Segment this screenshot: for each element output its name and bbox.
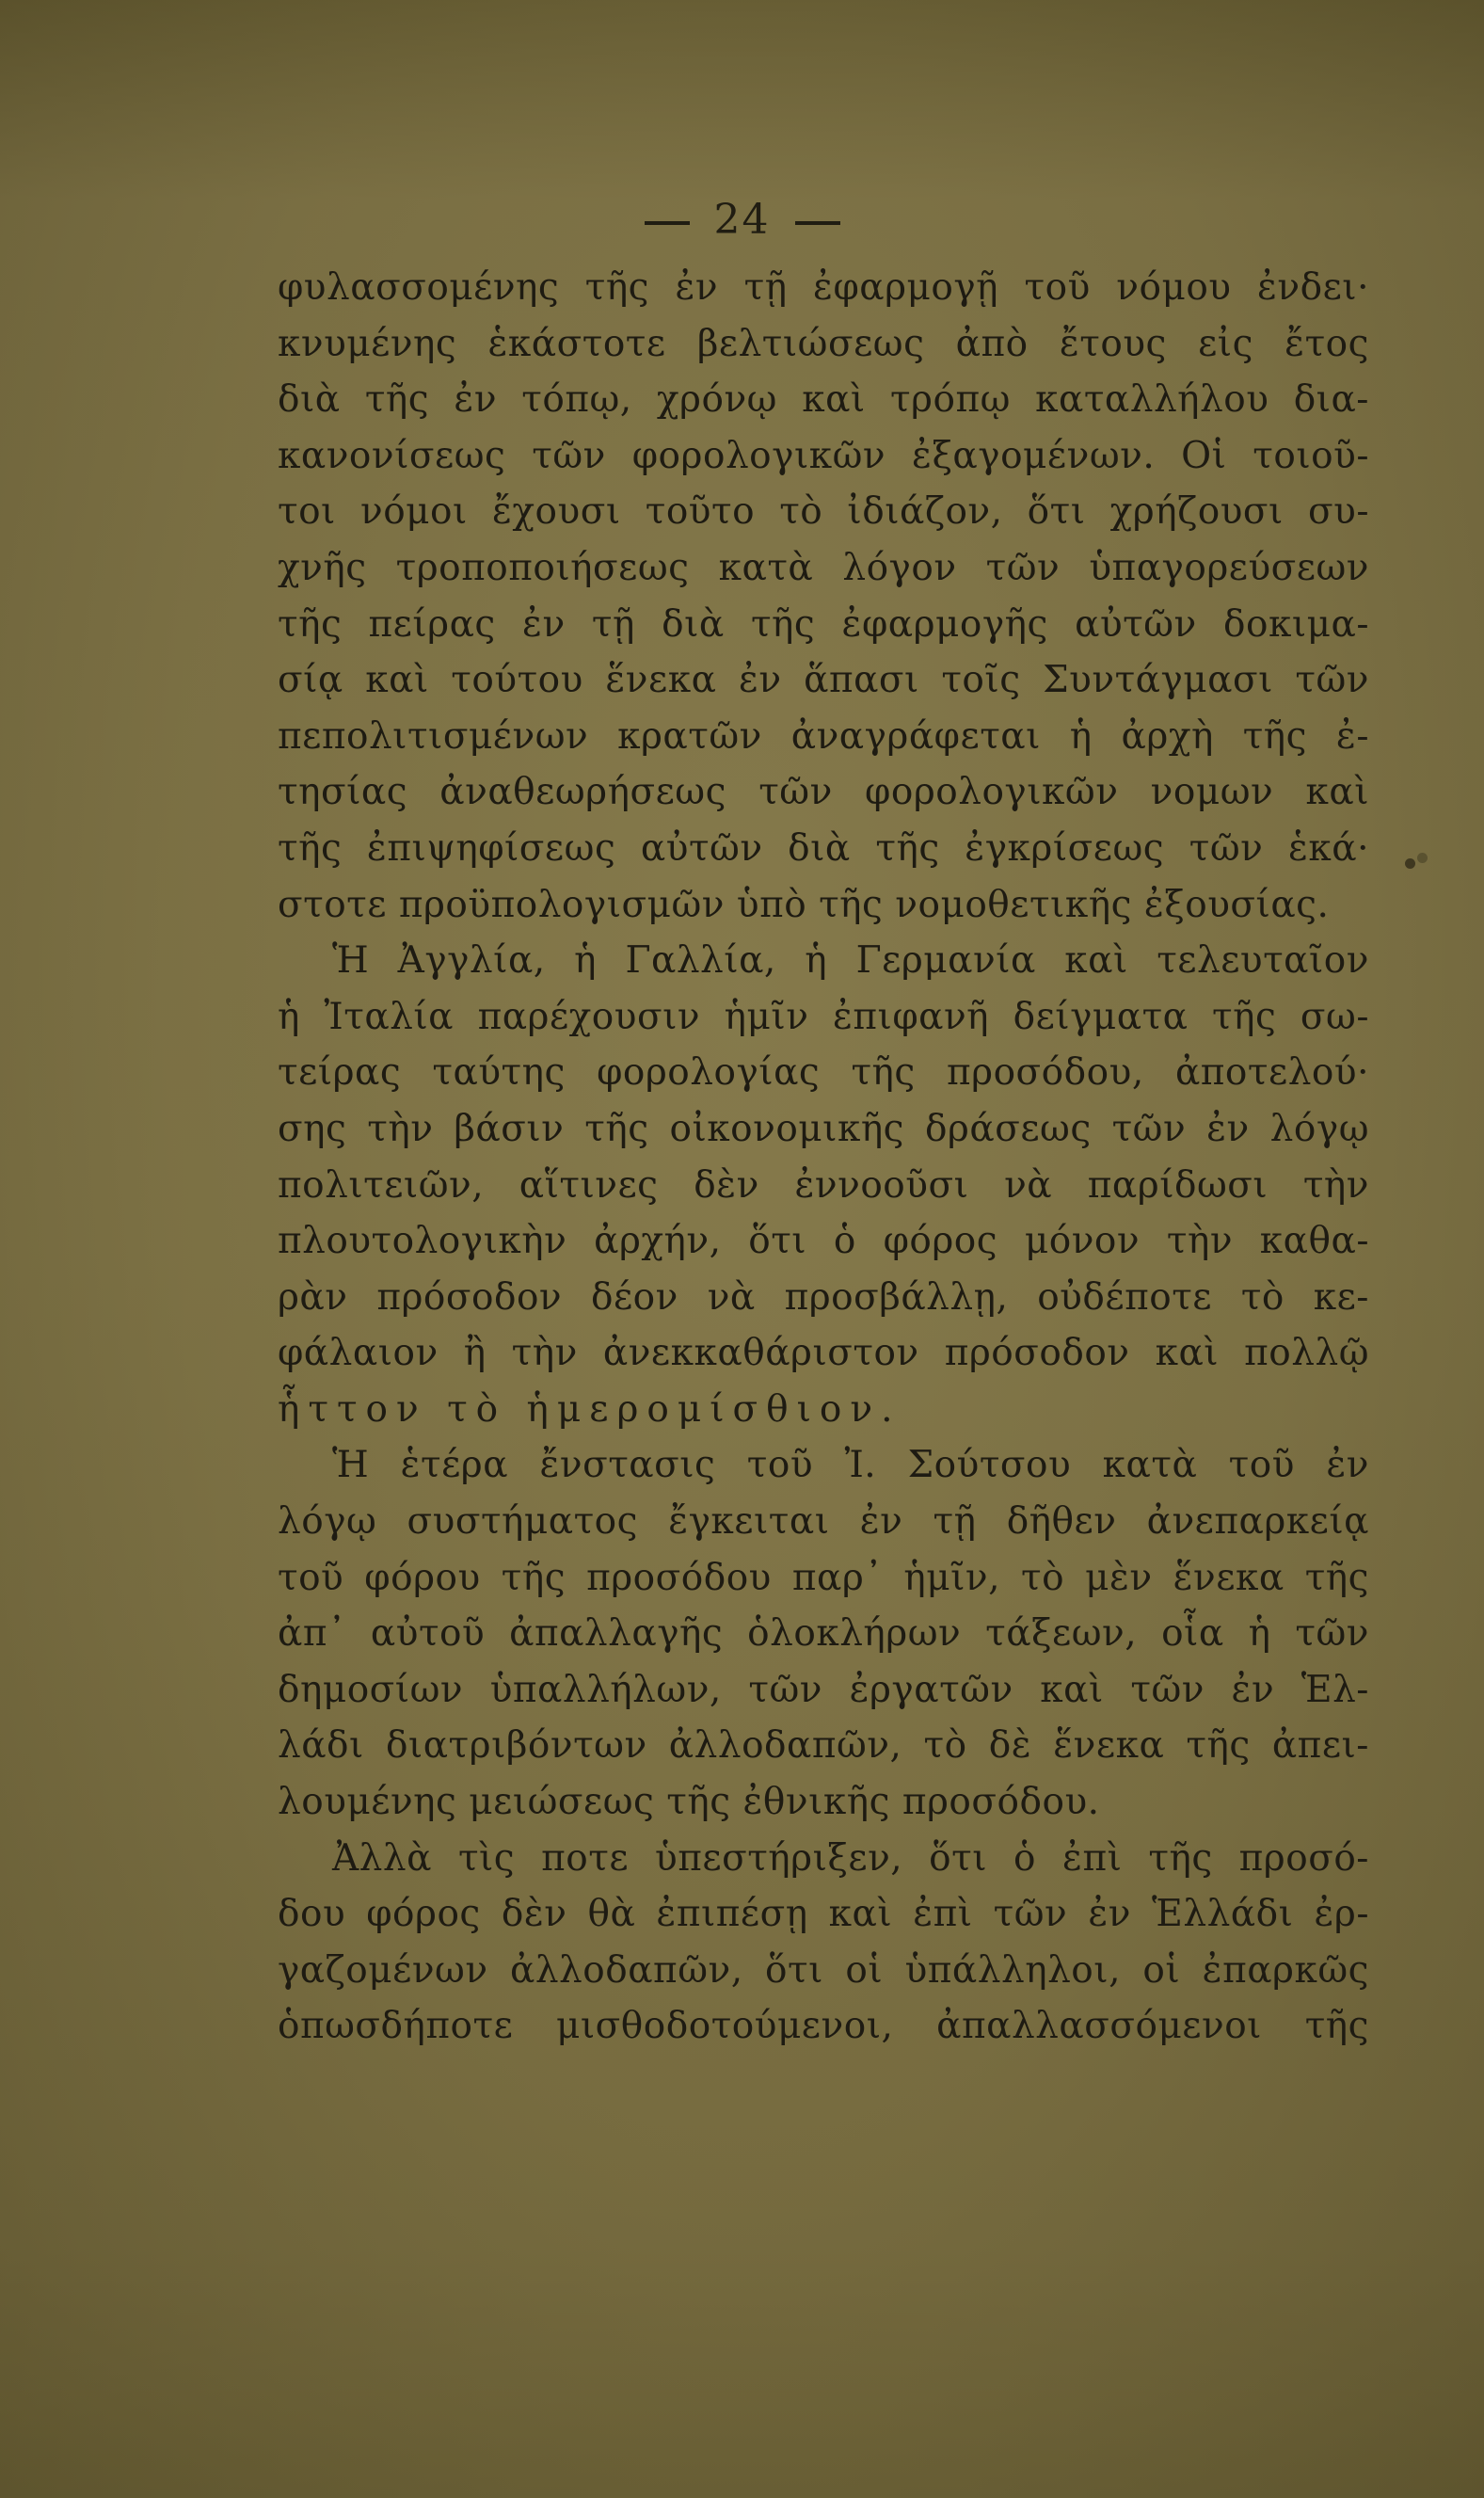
page-number: 24 [0,196,1484,244]
ink-spot [1405,858,1415,869]
text-line: ρὰν πρόσοδον δέον νὰ προσβάλλῃ, οὐδέποτε… [278,1270,1369,1326]
text-line: φυλασσομένης τῆς ἐν τῇ ἐφαρμογῇ τοῦ νόμο… [278,260,1369,316]
text-line: τῆς ἐπιψηφίσεως αὐτῶν διὰ τῆς ἐγκρίσεως … [278,821,1369,877]
dash-left [645,221,690,225]
text-line: δου φόρος δὲν θὰ ἐπιπέσῃ καὶ ἐπὶ τῶν ἐν … [278,1886,1369,1943]
text-line: φάλαιον ἢ τὴν ἀνεκκαθάριστον πρόσοδον κα… [278,1325,1369,1382]
text-line: δημοσίων ὑπαλλήλων, τῶν ἐργατῶν καὶ τῶν … [278,1662,1369,1719]
ink-spots [1405,853,1433,872]
scanned-book-page: 24 φυλασσομένης τῆς ἐν τῇ ἐφαρμογῇ τοῦ ν… [0,0,1484,2498]
text-line-paragraph-end: στοτε προϋπολογισμῶν ὑπὸ τῆς νομοθετικῆς… [278,877,1369,934]
text-line: τείρας ταύτης φορολογίας τῆς προσόδου, ἀ… [278,1045,1369,1101]
text-line: τησίας ἀναθεωρήσεως τῶν φορολογικῶν νομω… [278,764,1369,821]
text-line: ἀπ᾽ αὐτοῦ ἀπαλλαγῆς ὁλοκλήρων τάξεων, οἷ… [278,1606,1369,1662]
text-line-paragraph-start: Ἀλλὰ τὶς ποτε ὑπεστήριξεν, ὅτι ὁ ἐπὶ τῆς… [278,1831,1369,1887]
page-number-value: 24 [714,196,771,244]
ink-spot [1417,853,1428,863]
text-line: γαζομένων ἀλλοδαπῶν, ὅτι οἱ ὑπάλληλοι, ο… [278,1943,1369,1999]
body-text: φυλασσομένης τῆς ἐν τῇ ἐφαρμογῇ τοῦ νόμο… [278,260,1369,2055]
dash-right [795,221,840,225]
text-line-paragraph-start: Ἡ ἑτέρα ἔνστασις τοῦ Ἰ. Σούτσου κατὰ τοῦ… [278,1437,1369,1494]
text-line-paragraph-end: λουμένης μειώσεως τῆς ἐθνικῆς προσόδου. [278,1774,1369,1831]
text-line: ἡ Ἰταλία παρέχουσιν ἡμῖν ἐπιφανῆ δείγματ… [278,989,1369,1046]
text-line: πολιτειῶν, αἵτινες δὲν ἐννοοῦσι νὰ παρίδ… [278,1158,1369,1214]
text-line: ὁπωσδήποτε μισθοδοτούμενοι, ἀπαλλασσόμεν… [278,1998,1369,2055]
text-line: χνῆς τροποποιήσεως κατὰ λόγον τῶν ὑπαγορ… [278,540,1369,597]
text-line: σίᾳ καὶ τούτου ἕνεκα ἐν ἅπασι τοῖς Συντά… [278,652,1369,709]
text-line: διὰ τῆς ἐν τόπῳ, χρόνῳ καὶ τρόπῳ καταλλή… [278,372,1369,428]
text-line-paragraph-end: ἧττον τὸ ἡμερομίσθιον. [278,1382,1369,1438]
text-line: κανονίσεως τῶν φορολογικῶν ἐξαγομένων. Ο… [278,428,1369,485]
text-line: πλουτολογικὴν ἀρχήν, ὅτι ὁ φόρος μόνον τ… [278,1213,1369,1270]
text-line: τοι νόμοι ἔχουσι τοῦτο τὸ ἰδιάζον, ὅτι χ… [278,484,1369,540]
text-line-paragraph-start: Ἡ Ἀγγλία, ἡ Γαλλία, ἡ Γερμανία καὶ τελευ… [278,933,1369,989]
text-line: κνυμένης ἑκάστοτε βελτιώσεως ἀπὸ ἔτους ε… [278,316,1369,373]
text-line: σης τὴν βάσιν τῆς οἰκονομικῆς δράσεως τῶ… [278,1101,1369,1158]
text-line: λόγῳ συστήματος ἔγκειται ἐν τῇ δῆθεν ἀνε… [278,1494,1369,1550]
text-line: πεπολιτισμένων κρατῶν ἀναγράφεται ἡ ἀρχὴ… [278,709,1369,765]
text-line: λάδι διατριβόντων ἀλλοδαπῶν, τὸ δὲ ἕνεκα… [278,1718,1369,1774]
text-line: τῆς πείρας ἐν τῇ διὰ τῆς ἐφαρμογῆς αὐτῶν… [278,597,1369,653]
text-line: τοῦ φόρου τῆς προσόδου παρ᾽ ἡμῖν, τὸ μὲν… [278,1550,1369,1607]
